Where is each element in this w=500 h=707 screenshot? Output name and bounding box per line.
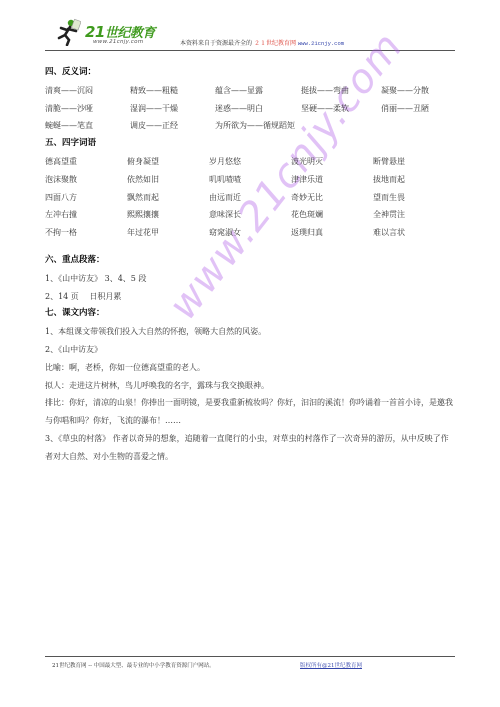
spacer <box>45 242 455 252</box>
key-passage-item: 1、《山中访友》 3、4、5 段 <box>45 270 455 288</box>
antonym-row: 清爽——沉闷 精致——粗糙 蕴含——显露 挺拔——弯曲 凝聚——分散 <box>45 82 455 100</box>
idiom-row: 四面八方 飘然而起 由远而近 奇妙无比 望而生畏 <box>45 189 455 207</box>
section-heading-key-passages: 六、重点段落： <box>45 252 455 270</box>
document-page: 21世纪教育 www.21cnjy.com 本资料来自于资源最齐全的 ２１世纪教… <box>0 0 500 707</box>
logo-url: www.21cnjy.com <box>93 39 143 45</box>
section-heading-idioms: 五、四字词语 <box>45 135 455 153</box>
antonym-row: 蜿蜒——笔直 调皮——正经 为所欲为——循规蹈矩 <box>45 117 455 135</box>
site-logo[interactable]: 21世纪教育 www.21cnjy.com <box>55 12 175 50</box>
content-line: 2、《山中访友》 <box>45 341 455 359</box>
idiom-row: 左冲右撞 熙熙攘攘 意味深长 花色斑斓 全神贯注 <box>45 206 455 224</box>
content-line: 排比：你好，清凉的山泉！你捧出一面明镜，是要我重新梳妆吗？你好，汩汩的溪流！你吟… <box>45 394 455 430</box>
idiom-row: 德高望重 俯身凝望 岁月悠悠 波光明灭 断臂悬崖 <box>45 153 455 171</box>
header-note: 本资料来自于资源最齐全的 ２１世纪教育网 www.21cnjy.com <box>180 38 344 47</box>
header-url-link[interactable]: www.21cnjy.com <box>298 40 344 47</box>
section-heading-content: 七、课文内容： <box>45 305 455 323</box>
footer-divider <box>45 656 455 657</box>
idiom-row: 不拘一格 年过花甲 窈窕淑女 返璞归真 难以言状 <box>45 224 455 242</box>
section-heading-antonyms: 四、反义词： <box>45 64 455 82</box>
content-line: 3、《草虫的村落》 作者以奇异的想象，追随着一直爬行的小虫，对草虫的村落作了一次… <box>45 430 455 466</box>
idiom-row: 泡沫聚散 依然如旧 叽叽喳喳 津津乐道 拔地而起 <box>45 171 455 189</box>
content-line: 拟人：走进这片树林，鸟儿呼唤我的名字，露珠与我交换眼神。 <box>45 377 455 395</box>
footer-text: 21世纪教育网 -- 中国最大型、最专业的中小学教育资源门户网站。 <box>52 661 215 669</box>
content-line: 1、本组课文带领我们投入大自然的怀抱，领略大自然的风姿。 <box>45 323 455 341</box>
document-body: 四、反义词： 清爽——沉闷 精致——粗糙 蕴含——显露 挺拔——弯曲 凝聚——分… <box>45 64 455 466</box>
key-passage-item: 2、14 页 日积月累 <box>45 288 455 306</box>
header-brand: ２１世纪教育网 <box>254 40 296 47</box>
content-line: 比喻：啊，老桥，你如一位德高望重的老人。 <box>45 359 455 377</box>
runner-icon <box>55 18 81 46</box>
footer-copyright-link[interactable]: 版权所有@21世纪教育网 <box>300 661 362 669</box>
antonym-row: 清脆——沙哑 湿润——干燥 迷惑——明白 坚硬——柔软 俏丽——丑陋 <box>45 100 455 118</box>
